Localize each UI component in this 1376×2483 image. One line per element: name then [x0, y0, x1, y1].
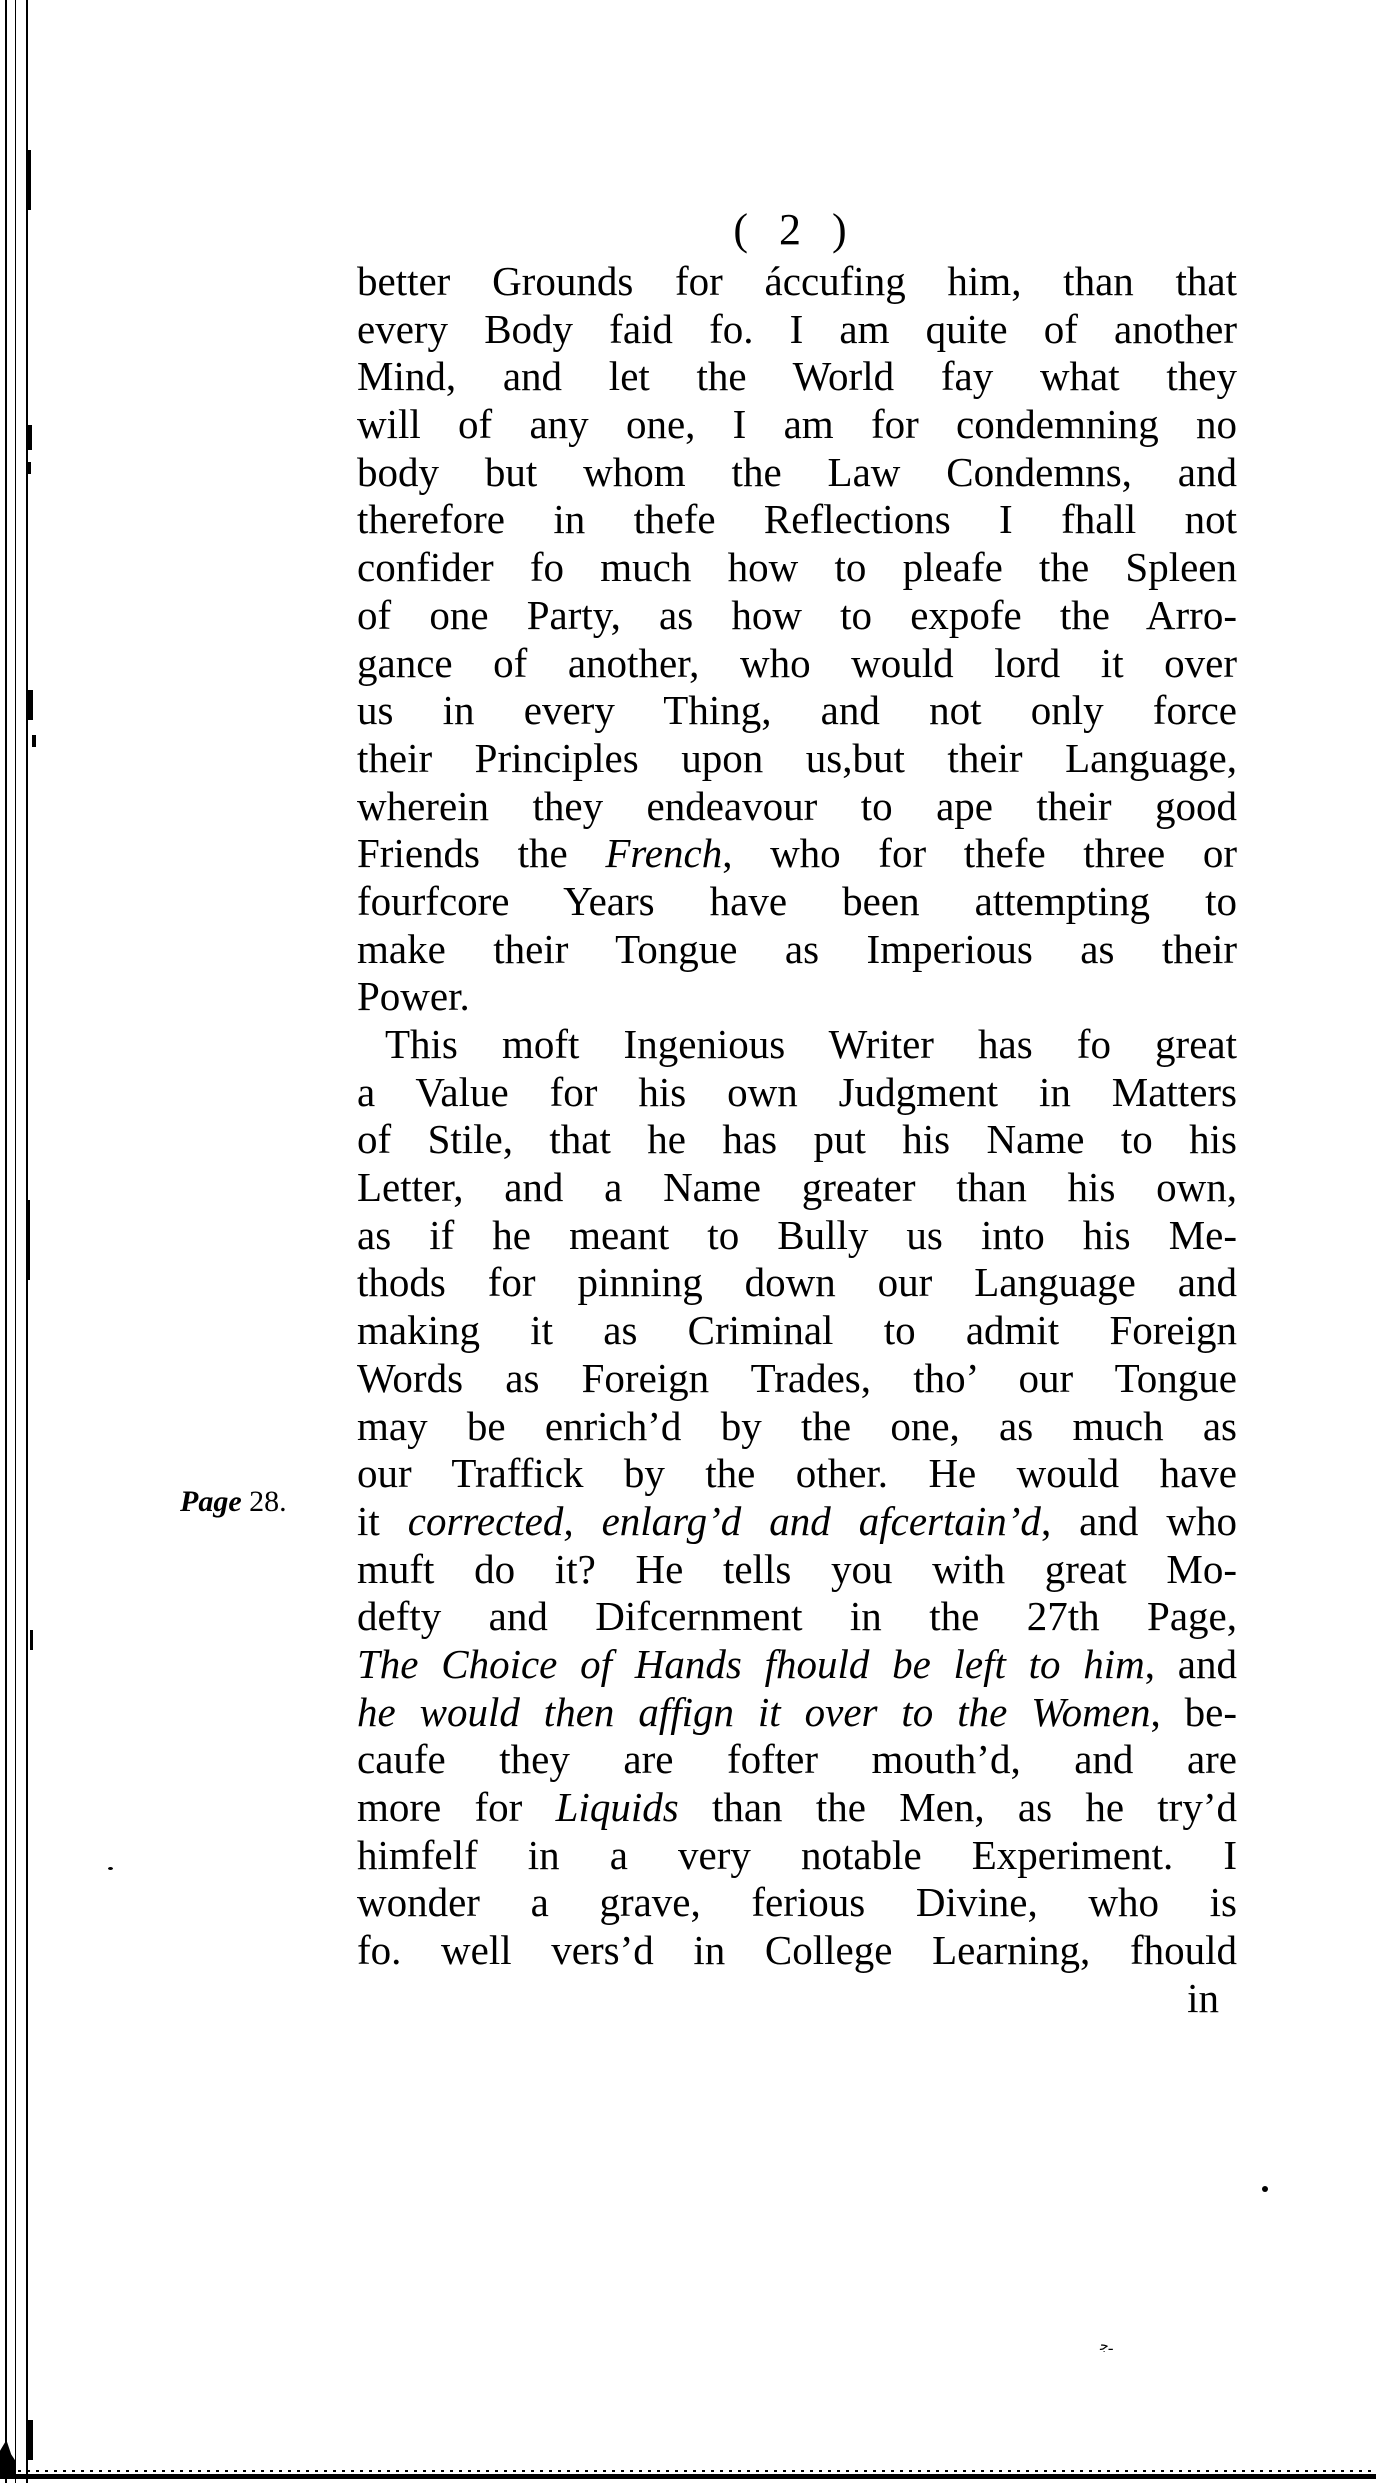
bottom-page-edge	[0, 2474, 1376, 2479]
binding-edge-line	[5, 0, 7, 2483]
margin-note-label: Page	[180, 1485, 242, 1518]
text-segment: as if he meant to Bully us into his Me-	[357, 1212, 1237, 1258]
stray-ink-dot	[1262, 2186, 1268, 2192]
text-segment: caufe they are fofter mouth’d, and are	[357, 1736, 1237, 1782]
text-segment: better Grounds for áccufing him, than th…	[357, 258, 1237, 304]
text-line: muft do it? He tells you with great Mo-	[357, 1546, 1237, 1594]
text-line: fourfcore Years have been attempting to	[357, 878, 1237, 926]
text-line: gance of another, who would lord it over	[357, 640, 1237, 688]
text-segment: therefore in thefe Reflections I fhall n…	[357, 496, 1237, 542]
text-line: our Traffick by the other. He would have	[357, 1450, 1237, 1498]
text-line: it corrected, enlarg’d and afcertain’d, …	[357, 1498, 1237, 1546]
text-line: Power.	[357, 973, 1237, 1021]
text-line: of Stile, that he has put his Name to hi…	[357, 1116, 1237, 1164]
text-line: us in every Thing, and not only force	[357, 687, 1237, 735]
text-segment: fourfcore Years have been attempting to	[357, 878, 1237, 924]
text-segment: us in every Thing, and not only force	[357, 687, 1237, 733]
text-line: Mind, and let the World fay what they	[357, 353, 1237, 401]
italic-text: corrected, enlarg’d and afcertain’d	[408, 1498, 1041, 1544]
text-segment: , be-	[1150, 1689, 1237, 1735]
text-segment: , and who	[1041, 1498, 1237, 1544]
binding-edge-line	[15, 0, 16, 2483]
text-line: of one Party, as how to expofe the Arro-	[357, 592, 1237, 640]
text-line: Letter, and a Name greater than his own,	[357, 1164, 1237, 1212]
text-segment: This moft Ingenious Writer has fo great	[385, 1021, 1237, 1067]
margin-note: Page 28.	[180, 1478, 287, 1525]
text-segment: gance of another, who would lord it over	[357, 640, 1237, 686]
text-line: This moft Ingenious Writer has fo great	[357, 1021, 1237, 1069]
text-segment: it	[357, 1498, 408, 1544]
text-segment: Friends the	[357, 830, 605, 876]
text-segment: their Principles upon us,but their Langu…	[357, 735, 1237, 781]
text-segment: defty and Difcernment in the 27th Page,	[357, 1593, 1237, 1639]
edge-mark	[27, 690, 33, 720]
text-segment: body but whom the Law Condemns, and	[357, 449, 1237, 495]
text-segment: Letter, and a Name greater than his own,	[357, 1164, 1237, 1210]
text-segment: himfelf in a very notable Experiment. I	[357, 1832, 1237, 1878]
text-line: as if he meant to Bully us into his Me-	[357, 1212, 1237, 1260]
text-segment: a Value for his own Judgment in Matters	[357, 1069, 1237, 1115]
text-segment: wherein they endeavour to ape their good	[357, 783, 1237, 829]
text-segment: make their Tongue as Imperious as their	[357, 926, 1237, 972]
stray-ink-dot	[108, 1867, 113, 1870]
text-segment: , who for thefe three or	[722, 830, 1237, 876]
text-line: will of any one, I am for condemning no	[357, 401, 1237, 449]
text-segment: making it as Criminal to admit Foreign	[357, 1307, 1237, 1353]
stray-ink-mark: ـﺟ	[1100, 2340, 1113, 2354]
text-line: therefore in thefe Reflections I fhall n…	[357, 496, 1237, 544]
page-number: ( 2 )	[0, 200, 1376, 260]
text-line: defty and Difcernment in the 27th Page,	[357, 1593, 1237, 1641]
text-line: more for Liquids than the Men, as he try…	[357, 1784, 1237, 1832]
edge-mark	[27, 425, 32, 450]
text-segment: will of any one, I am for condemning no	[357, 401, 1237, 447]
text-line: thods for pinning down our Language and	[357, 1259, 1237, 1307]
text-segment: , and	[1145, 1641, 1237, 1687]
text-segment: confider fo much how to pleafe the Splee…	[357, 544, 1237, 590]
text-segment: may be enrich’d by the one, as much as	[357, 1403, 1237, 1449]
text-line: their Principles upon us,but their Langu…	[357, 735, 1237, 783]
edge-mark	[32, 735, 36, 747]
text-line: a Value for his own Judgment in Matters	[357, 1069, 1237, 1117]
margin-note-number: 28.	[249, 1485, 287, 1518]
edge-mark	[28, 462, 31, 474]
text-segment: Words as Foreign Trades, tho’ our Tongue	[357, 1355, 1237, 1401]
italic-text: Liquids	[556, 1784, 679, 1830]
text-line: himfelf in a very notable Experiment. I	[357, 1832, 1237, 1880]
text-line: he would then affign it over to the Wome…	[357, 1689, 1237, 1737]
text-segment: wonder a grave, ferious Divine, who is	[357, 1879, 1237, 1925]
text-line: making it as Criminal to admit Foreign	[357, 1307, 1237, 1355]
text-line: confider fo much how to pleafe the Splee…	[357, 544, 1237, 592]
text-line: make their Tongue as Imperious as their	[357, 926, 1237, 974]
text-segment: every Body faid fo. I am quite of anothe…	[357, 306, 1237, 352]
text-line: Words as Foreign Trades, tho’ our Tongue	[357, 1355, 1237, 1403]
text-segment: more for	[357, 1784, 556, 1830]
text-line: better Grounds for áccufing him, than th…	[357, 258, 1237, 306]
text-segment: our Traffick by the other. He would have	[357, 1450, 1237, 1496]
text-segment: thods for pinning down our Language and	[357, 1259, 1237, 1305]
edge-mark	[30, 1630, 33, 1650]
italic-text: he would then affign it over to the Wome…	[357, 1689, 1150, 1735]
edge-mark	[28, 2420, 33, 2460]
text-line: may be enrich’d by the one, as much as	[357, 1403, 1237, 1451]
text-line: The Choice of Hands fhould be left to hi…	[357, 1641, 1237, 1689]
text-segment: Mind, and let the World fay what they	[357, 353, 1237, 399]
text-segment: of Stile, that he has put his Name to hi…	[357, 1116, 1237, 1162]
text-line: body but whom the Law Condemns, and	[357, 449, 1237, 497]
italic-text: French	[605, 830, 722, 876]
body-text: better Grounds for áccufing him, than th…	[357, 258, 1237, 2022]
text-line: wonder a grave, ferious Divine, who is	[357, 1879, 1237, 1927]
text-line: Friends the French, who for thefe three …	[357, 830, 1237, 878]
text-segment: of one Party, as how to expofe the Arro-	[357, 592, 1237, 638]
text-line: fo. well vers’d in College Learning, fho…	[357, 1927, 1237, 1975]
text-segment: Power.	[357, 973, 470, 1019]
bottom-edge-dashes	[0, 2470, 1376, 2472]
text-line: caufe they are fofter mouth’d, and are	[357, 1736, 1237, 1784]
text-line: wherein they endeavour to ape their good	[357, 783, 1237, 831]
text-segment: than the Men, as he try’d	[679, 1784, 1237, 1830]
edge-mark	[27, 1200, 30, 1280]
text-line: every Body faid fo. I am quite of anothe…	[357, 306, 1237, 354]
italic-text: The Choice of Hands fhould be left to hi…	[357, 1641, 1145, 1687]
text-segment: muft do it? He tells you with great Mo-	[357, 1546, 1237, 1592]
text-segment: fo. well vers’d in College Learning, fho…	[357, 1927, 1237, 1973]
catchword: in	[357, 1975, 1237, 2023]
scanned-book-page: ـﺟ ( 2 ) Page 28. better Grounds for ácc…	[0, 0, 1376, 2483]
